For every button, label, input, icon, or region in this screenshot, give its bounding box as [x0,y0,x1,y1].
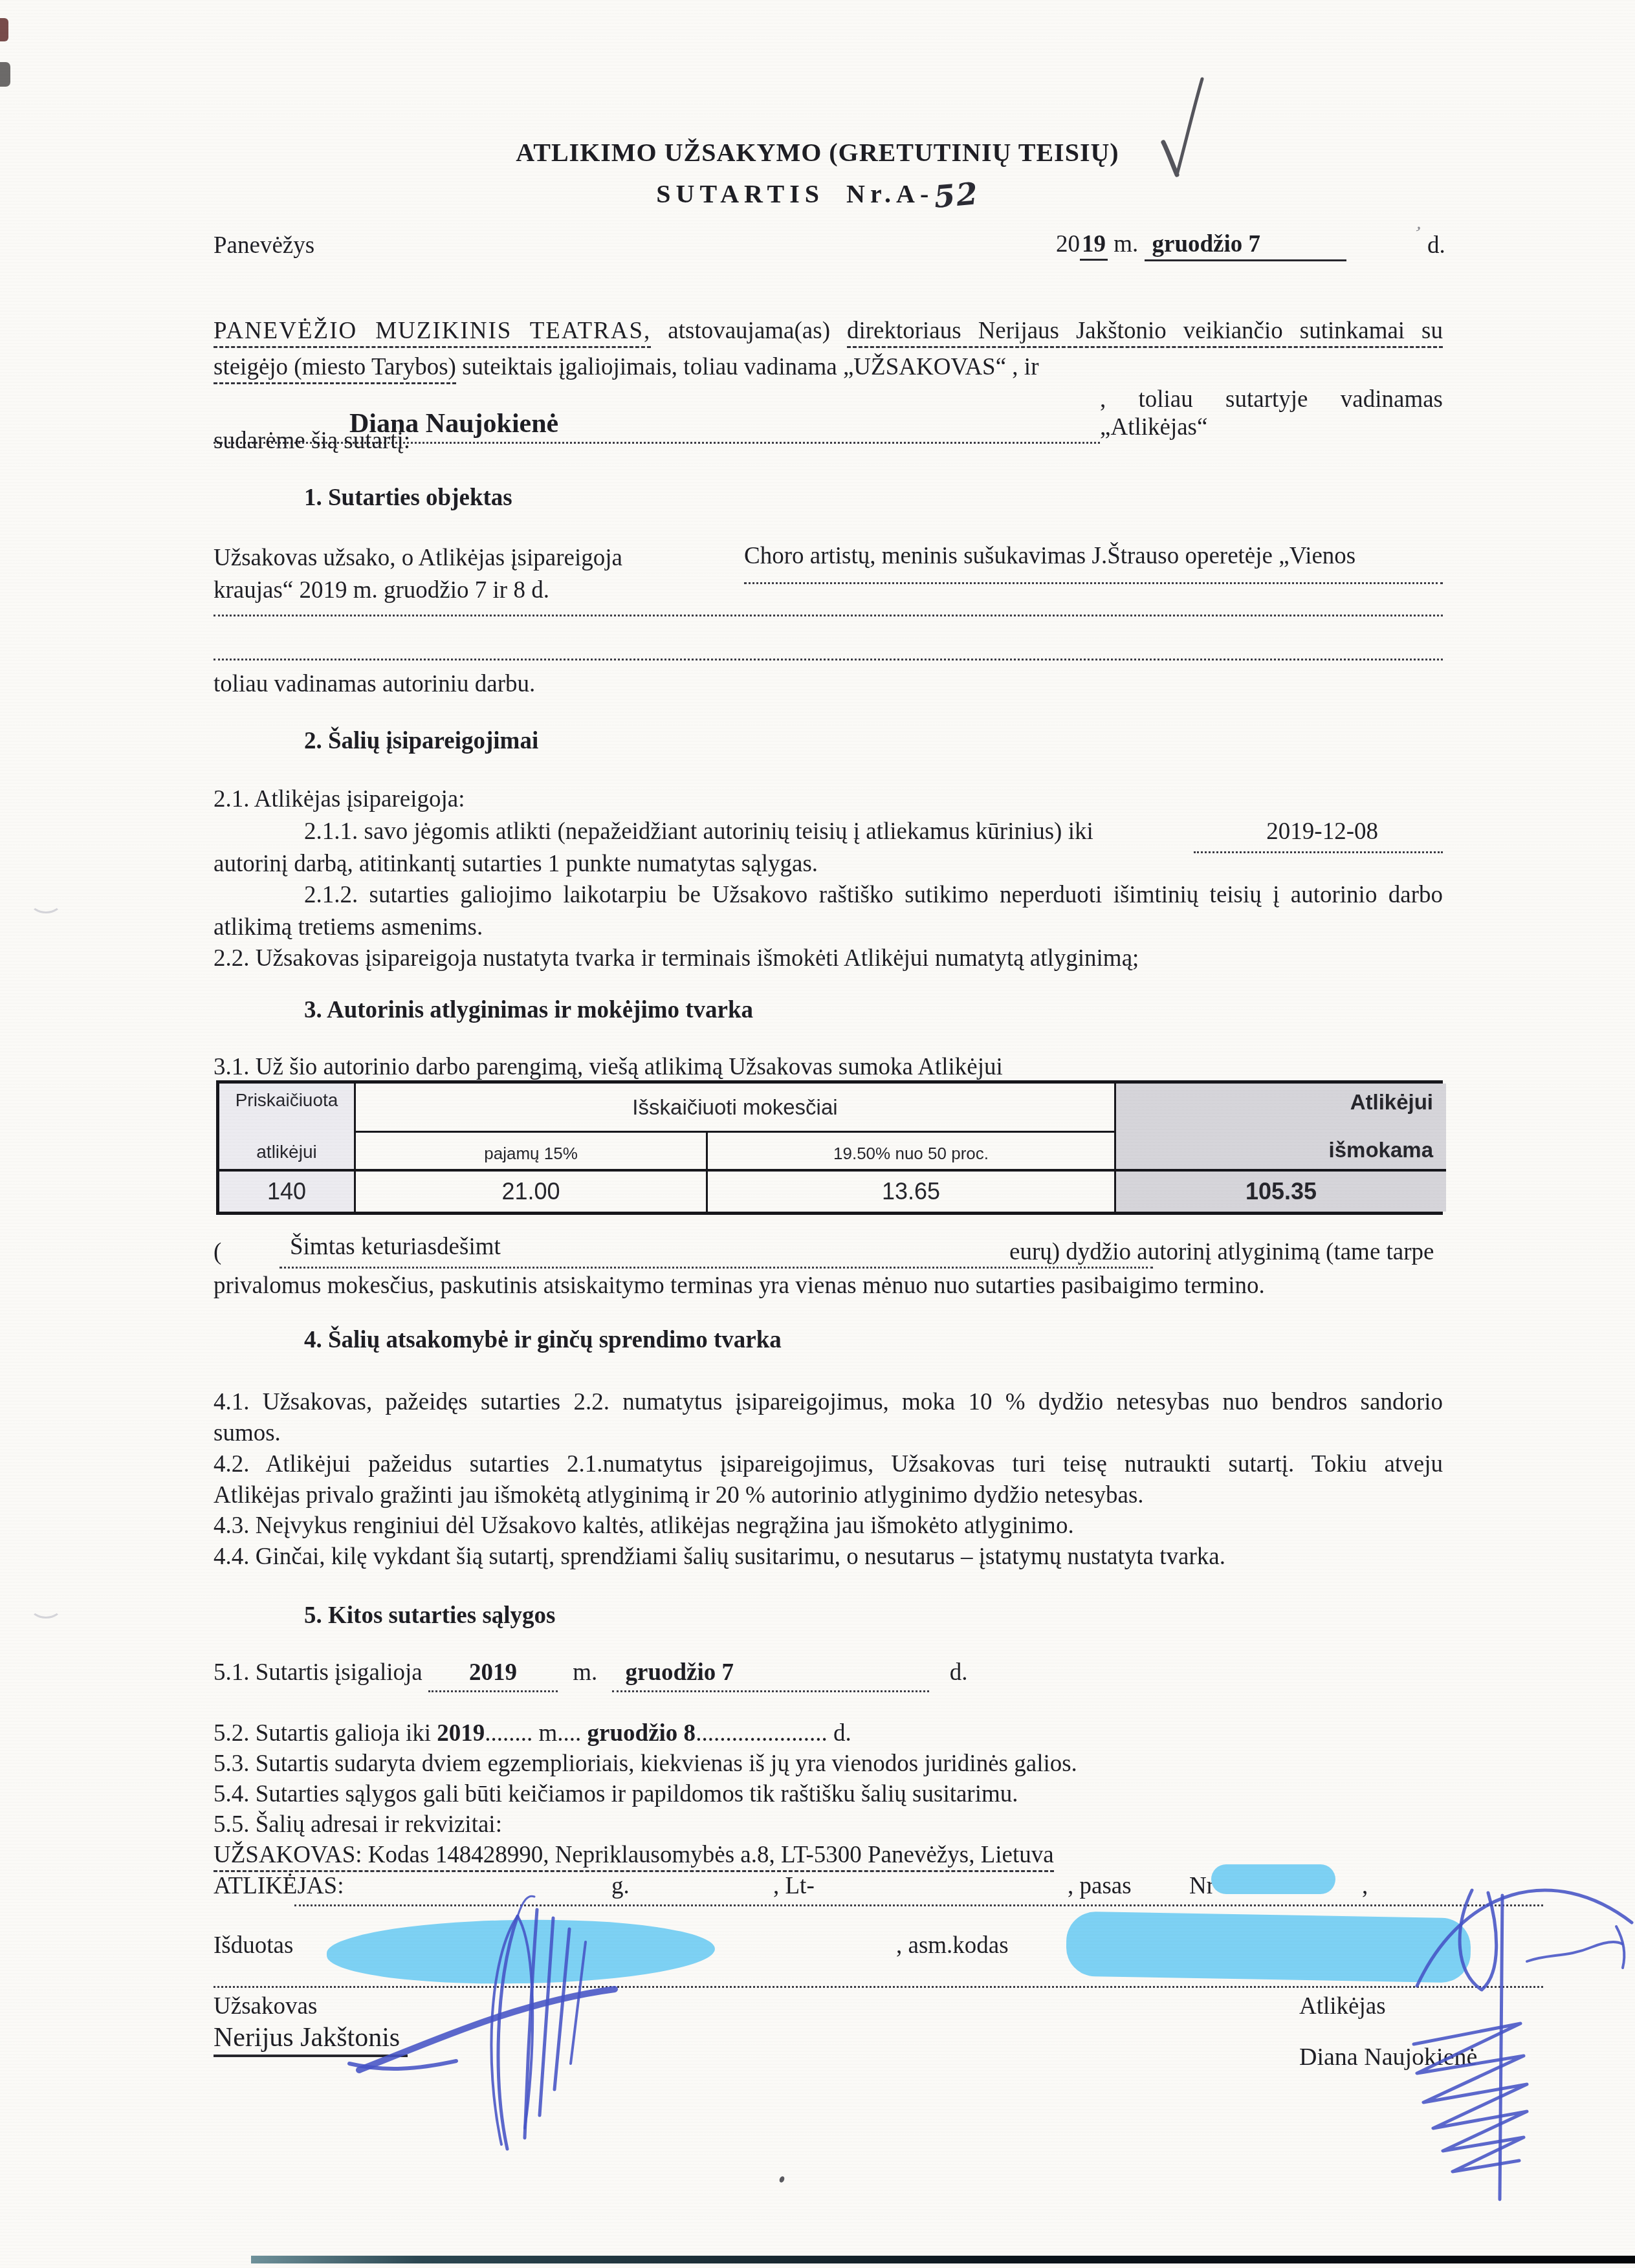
table-header-priskaiciuota: Priskaičiuota atlikėjui [219,1084,356,1169]
document-title-line2: SUTARTIS Nr.A-52 [0,175,1635,210]
table-header-priskaiciuota-l2: atlikėjui [256,1142,316,1162]
clause-5-1: 5.1. Sutartis įsigalioja 2019 m. gruodži… [214,1659,1443,1692]
scan-speck-apostrophe: ’ [1410,222,1423,245]
table-value-priskaiciuota: 140 [219,1169,356,1212]
atlikejas-nr-label: Nr [1189,1872,1214,1900]
section1-heading: 1. Sutarties objektas [304,484,512,512]
dotted-line-under-work-title [744,582,1443,584]
clause-5-1-m: m. [564,1659,606,1686]
date-month-label: m. [1114,231,1138,257]
uzsakovas-requisites-text: UŽSAKOVAS: Kodas 148428990, Nepriklausom… [214,1842,1054,1872]
contract-number-handwritten: 52 [932,176,980,215]
table-subheader-1950: 19.50% nuo 50 proc. [708,1133,1116,1169]
clause-5-2-month: gruodžio 8 [587,1720,696,1747]
clause-4-4: 4.4. Ginčai, kilę vykdant šią sutartį, s… [214,1543,1443,1571]
clause-3-1: 3.1. Už šio autorinio darbo parengimą, v… [214,1053,1443,1081]
clause-5-1-d: d. [936,1659,968,1686]
clause-4-2-cont: Atlikėjas privalo gražinti jau išmokėtą … [214,1481,1443,1509]
dotted-line-blank-1 [214,615,1443,616]
clause-5-3: 5.3. Sutartis sudaryta dviem egzempliori… [214,1750,1443,1778]
clause-2-2: 2.2. Užsakovas įsipareigoja nustatyta tv… [214,944,1443,972]
title-line2-prefix: SUTARTIS Nr.A- [656,179,934,208]
date-century: 20 [1056,231,1080,257]
clause-2-1-2: 2.1.2. sutarties galiojimo laikotarpiu b… [214,881,1443,909]
clause-2-1-2-cont: atlikimą tretiems asmenims. [214,913,1443,941]
dotted-line-blank-2 [214,659,1443,660]
table-subheader-pajamu: pajamų 15% [356,1133,708,1169]
intro-line1-mid: atstovaujama(as) [668,318,830,344]
redaction-issuer [326,1917,716,1987]
clause-5-4: 5.4. Sutarties sąlygos gali būti keičiam… [214,1780,1443,1808]
atlikejas-requisites-label: ATLIKĖJAS: [214,1872,344,1900]
uzsakovas-label: UŽSAKOVAS: [214,1842,362,1868]
dotted-line-requisites-2 [214,1986,1543,1988]
clause-2-1-1: 2.1.1. savo jėgomis atlikti (nepažeidžia… [214,818,1443,845]
date-day-label: d. [1427,232,1445,259]
city-label: Panevėžys [214,232,314,259]
redaction-passport-number [1211,1864,1335,1894]
intro-line1-underlined2: direktoriaus Nerijaus Jakštonio veikianč… [847,318,1443,348]
clause-4-2: 4.2. Atlikėjui pažeidus sutarties 2.1.nu… [214,1450,1443,1478]
asm-kodas-label: , asm.kodas [896,1932,1009,1959]
clause-2-1-1-date: 2019-12-08 [1266,818,1443,845]
signature-atlikejas [1333,1850,1635,2225]
atlikejas-comma: , [1362,1872,1368,1900]
scan-artifact-topleft-1 [0,18,8,41]
footer-uzsakovas-name: Nerijus Jakštonis [214,2022,408,2057]
section5-heading: 5. Kitos sutarties sąlygos [304,1602,556,1630]
atlikejas-lt-label: , Lt- [773,1872,815,1900]
intro-line2-rest: suteiktais įgaliojimais, toliau vadinama… [462,354,1038,380]
table-group-header-taxes: Išskaičiuoti mokesčiai [356,1084,1116,1133]
amount-rest: eurų) dydžio autorinį atlyginimą (tame t… [1009,1238,1434,1266]
scan-artifact-topleft-2 [0,62,10,87]
amount-words: Šimtas keturiasdešimt [290,1233,501,1261]
table-header-priskaiciuota-l1: Priskaičiuota [236,1090,338,1111]
table-value-pajamu: 21.00 [356,1169,708,1212]
clause-2-1-1-cont: autorinį darbą, atitinkantį sutarties 1 … [214,850,1443,878]
scan-arc-artifact-1 [30,890,62,913]
table-header-ismokama-l1: Atlikėjui [1350,1090,1433,1115]
footer-atlikejas-name: Diana Naujokienė [1299,2043,1477,2071]
clause-4-1: 4.1. Užsakovas, pažeidęs sutarties 2.2. … [214,1388,1443,1416]
atlikejas-g-label: g. [611,1872,630,1900]
date-value: gruodžio 7 [1145,230,1346,261]
amount-line2: privalomus mokesčius, paskutinis atsiska… [214,1272,1443,1300]
clause-5-1-year: 2019 [428,1659,558,1692]
section1-left-col: Užsakovas užsako, o Atlikėjas įsipareigo… [214,542,731,607]
uzsakovas-info: Kodas 148428990, Nepriklausomybės a.8, L… [368,1842,1054,1868]
section1-right-col: Choro artistų, meninis sušukavimas J.Štr… [744,542,1443,570]
footer-atlikejas-label: Atlikėjas [1299,1992,1386,2020]
scan-arc-artifact-2 [30,1595,62,1619]
atlikejas-pasas-label: , pasas [1068,1872,1132,1900]
scan-edge-bar [251,2256,1635,2263]
signature-uzsakovas [324,1870,660,2174]
payment-table: Priskaičiuota atlikėjui Išskaičiuoti mok… [216,1080,1443,1215]
clause-2-1: 2.1. Atlikėjas įsipareigoja: [214,785,1443,813]
table-header-ismokama-l2: išmokama [1329,1138,1433,1162]
section1-tail: toliau vadinamas autoriniu darbu. [214,670,1443,698]
scan-speck-dot [778,2175,785,2183]
dotted-line-under-amount [280,1267,1153,1269]
intro-line2: steigėjo (miesto Tarybos) suteiktais įga… [214,353,1443,381]
dotted-line-requisites-1 [294,1904,1543,1906]
table-header-ismokama: Atlikėjui išmokama [1116,1084,1446,1169]
intro-line4: sudarėme šią sutartį: [214,427,1443,455]
amount-open-paren: ( [214,1238,221,1266]
clause-5-2-year: 2019 [437,1720,485,1747]
table-value-ismokama: 105.35 [1116,1169,1446,1212]
section1-left-line1: Užsakovas užsako, o Atlikėjas įsipareigo… [214,542,731,574]
clause-5-2-a: 5.2. Sutartis galioja iki [214,1720,437,1747]
clause-5-1-month: gruodžio 7 [612,1659,929,1692]
document-title-line1: ATLIKIMO UŽSAKYMO (GRETUTINIŲ TEISIŲ) [0,137,1635,168]
date-year: 19 [1080,231,1108,261]
isduotas-label: Išduotas [214,1932,293,1959]
clause-5-1-text: 5.1. Sutartis įsigalioja [214,1659,422,1686]
table-value-1950: 13.65 [708,1169,1116,1212]
clause-4-3: 4.3. Neįvykus renginiui dėl Užsakovo kal… [214,1512,1443,1540]
check-mark-icon [1156,70,1214,186]
clause-5-2-b: ........ m.... [485,1720,587,1747]
intro-line1: PANEVĖŽIO MUZIKINIS TEATRAS, atstovaujam… [214,317,1443,345]
section4-heading: 4. Šalių atsakomybė ir ginčų sprendimo t… [304,1326,782,1354]
clause-2-1-1-text: 2.1.1. savo jėgomis atlikti (nepažeidžia… [214,818,1093,845]
document-page: ATLIKIMO UŽSAKYMO (GRETUTINIŲ TEISIŲ) SU… [0,0,1635,2268]
footer-uzsakovas-label: Užsakovas [214,1992,317,2020]
contract-date: 2019 m. gruodžio 7 [1056,230,1346,261]
clause-5-5: 5.5. Šalių adresai ir rekvizitai: [214,1811,1443,1838]
redaction-personal-code [1066,1912,1471,1983]
section2-heading: 2. Šalių įsipareigojimai [304,727,538,755]
section1-left-line2: kraujas“ 2019 m. gruodžio 7 ir 8 d. [214,574,731,607]
section3-heading: 3. Autorinis atlyginimas ir mokėjimo tva… [304,996,753,1024]
clause-5-2-c: ...................... d. [696,1720,851,1747]
clause-4-1-cont: sumos. [214,1419,1443,1447]
intro-line2-underlined: steigėjo (miesto Tarybos) [214,354,456,384]
intro-company-name: PANEVĖŽIO MUZIKINIS TEATRAS, [214,318,651,348]
clause-5-2: 5.2. Sutartis galioja iki 2019........ m… [214,1719,1443,1747]
